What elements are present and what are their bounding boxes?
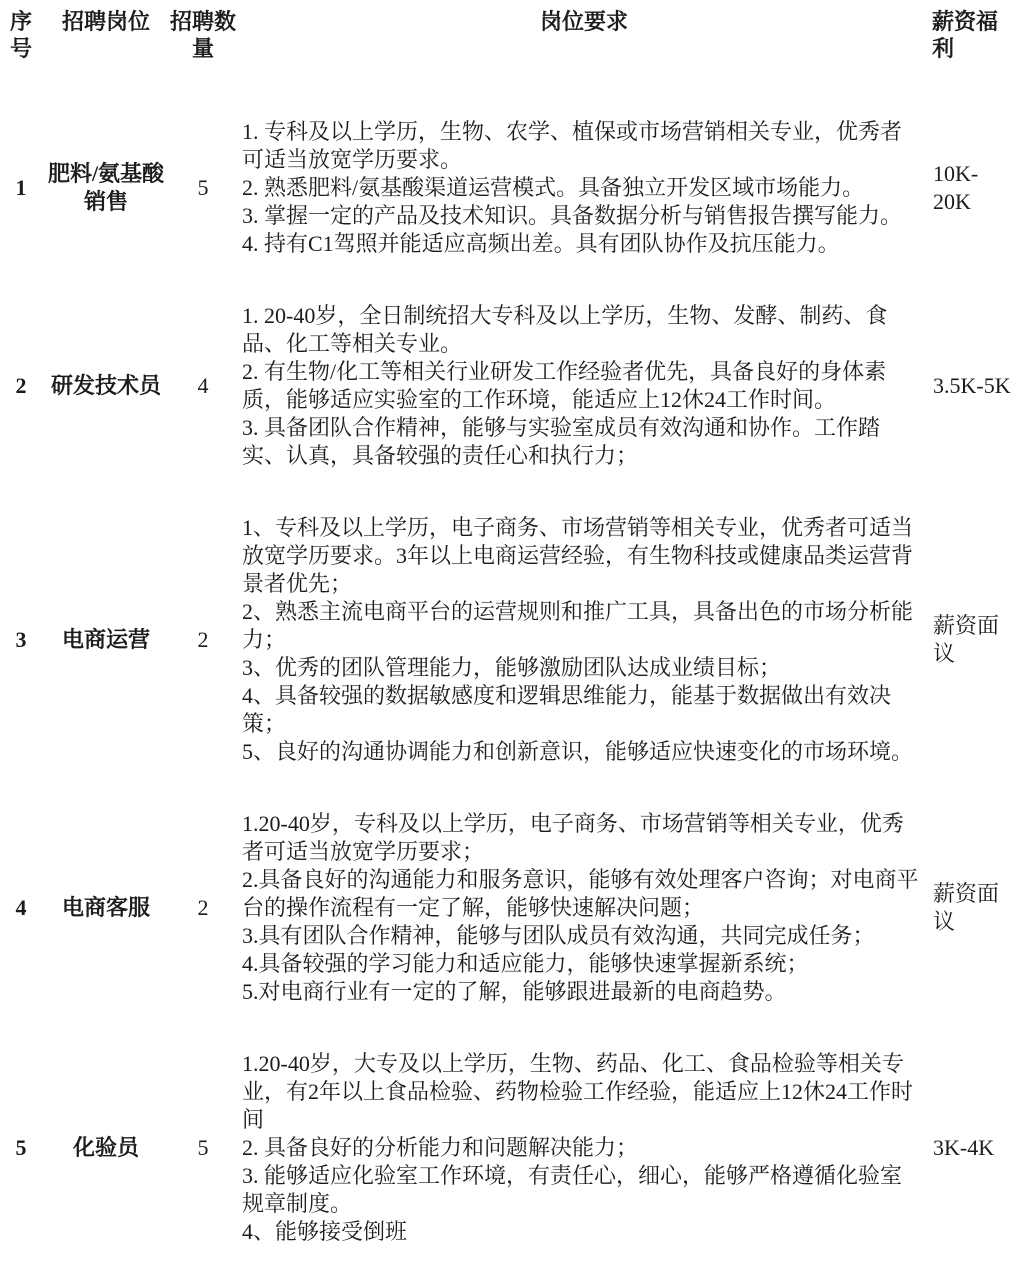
header-requirements: 岗位要求: [236, 0, 932, 96]
requirement-item: 2. 有生物/化工等相关行业研发工作经验者优先，具备良好的身体素质，能够适应实验…: [242, 358, 922, 414]
requirement-item: 1. 专科及以上学历，生物、农学、植保或市场营销相关专业，优秀者可适当放宽学历要…: [242, 118, 922, 174]
table-row: 1 肥料/氨基酸销售 5 1. 专科及以上学历，生物、农学、植保或市场营销相关专…: [0, 96, 1018, 280]
table-body: 1 肥料/氨基酸销售 5 1. 专科及以上学历，生物、农学、植保或市场营销相关专…: [0, 96, 1018, 1268]
requirement-item: 4、具备较强的数据敏感度和逻辑思维能力，能基于数据做出有效决策；: [242, 682, 922, 738]
row-headcount: 2: [170, 492, 236, 788]
requirement-item: 5.对电商行业有一定的了解，能够跟进最新的电商趋势。: [242, 978, 922, 1006]
header-row: 序号 招聘岗位 招聘数量 岗位要求 薪资福利: [0, 0, 1018, 96]
table-row: 2 研发技术员 4 1. 20-40岁，全日制统招大专科及以上学历，生物、发酵、…: [0, 280, 1018, 492]
requirement-item: 2.具备良好的沟通能力和服务意识，能够有效处理客户咨询；对电商平台的操作流程有一…: [242, 866, 922, 922]
requirement-item: 1.20-40岁，专科及以上学历，电子商务、市场营销等相关专业，优秀者可适当放宽…: [242, 810, 922, 866]
row-requirements: 1. 20-40岁，全日制统招大专科及以上学历，生物、发酵、制药、食品、化工等相…: [236, 280, 932, 492]
requirement-item: 3. 具备团队合作精神，能够与实验室成员有效沟通和协作。工作踏实、认真，具备较强…: [242, 414, 922, 470]
row-position-name: 化验员: [42, 1028, 170, 1268]
row-seq-number: 3: [0, 492, 42, 788]
requirement-item: 3. 掌握一定的产品及技术知识。具备数据分析与销售报告撰写能力。: [242, 202, 922, 230]
requirement-item: 3.具有团队合作精神，能够与团队成员有效沟通，共同完成任务；: [242, 922, 922, 950]
requirement-item: 5、良好的沟通协调能力和创新意识，能够适应快速变化的市场环境。: [242, 738, 922, 766]
row-requirements: 1、专科及以上学历，电子商务、市场营销等相关专业，优秀者可适当放宽学历要求。3年…: [236, 492, 932, 788]
row-requirements: 1.20-40岁，专科及以上学历，电子商务、市场营销等相关专业，优秀者可适当放宽…: [236, 788, 932, 1028]
row-position-name: 电商运营: [42, 492, 170, 788]
row-headcount: 5: [170, 1028, 236, 1268]
header-salary: 薪资福利: [932, 0, 1018, 96]
requirement-item: 2. 具备良好的分析能力和问题解决能力；: [242, 1134, 922, 1162]
recruitment-table: 序号 招聘岗位 招聘数量 岗位要求 薪资福利 1 肥料/氨基酸销售 5 1. 专…: [0, 0, 1018, 1268]
table-row: 4 电商客服 2 1.20-40岁，专科及以上学历，电子商务、市场营销等相关专业…: [0, 788, 1018, 1028]
row-seq-number: 4: [0, 788, 42, 1028]
requirement-item: 1、专科及以上学历，电子商务、市场营销等相关专业，优秀者可适当放宽学历要求。3年…: [242, 514, 922, 598]
row-seq-number: 2: [0, 280, 42, 492]
table-row: 5 化验员 5 1.20-40岁，大专及以上学历，生物、药品、化工、食品检验等相…: [0, 1028, 1018, 1268]
row-headcount: 5: [170, 96, 236, 280]
recruitment-document: 序号 招聘岗位 招聘数量 岗位要求 薪资福利 1 肥料/氨基酸销售 5 1. 专…: [0, 0, 1018, 1268]
header-seq-number: 序号: [0, 0, 42, 96]
row-salary: 3K-4K: [932, 1028, 1018, 1268]
header-headcount: 招聘数量: [170, 0, 236, 96]
requirement-item: 1.20-40岁，大专及以上学历，生物、药品、化工、食品检验等相关专业，有2年以…: [242, 1050, 922, 1134]
row-seq-number: 1: [0, 96, 42, 280]
requirement-item: 2. 熟悉肥料/氨基酸渠道运营模式。具备独立开发区域市场能力。: [242, 174, 922, 202]
requirement-item: 1. 20-40岁，全日制统招大专科及以上学历，生物、发酵、制药、食品、化工等相…: [242, 302, 922, 358]
row-salary: 薪资面议: [932, 492, 1018, 788]
row-salary: 10K-20K: [932, 96, 1018, 280]
requirement-item: 3、优秀的团队管理能力，能够激励团队达成业绩目标；: [242, 654, 922, 682]
requirement-item: 4.具备较强的学习能力和适应能力，能够快速掌握新系统；: [242, 950, 922, 978]
requirement-item: 4、能够接受倒班: [242, 1218, 922, 1246]
row-position-name: 电商客服: [42, 788, 170, 1028]
header-position: 招聘岗位: [42, 0, 170, 96]
row-position-name: 研发技术员: [42, 280, 170, 492]
requirement-item: 3. 能够适应化验室工作环境，有责任心，细心，能够严格遵循化验室规章制度。: [242, 1162, 922, 1218]
row-requirements: 1. 专科及以上学历，生物、农学、植保或市场营销相关专业，优秀者可适当放宽学历要…: [236, 96, 932, 280]
requirement-item: 4. 持有C1驾照并能适应高频出差。具有团队协作及抗压能力。: [242, 230, 922, 258]
row-position-name: 肥料/氨基酸销售: [42, 96, 170, 280]
table-row: 3 电商运营 2 1、专科及以上学历，电子商务、市场营销等相关专业，优秀者可适当…: [0, 492, 1018, 788]
row-seq-number: 5: [0, 1028, 42, 1268]
row-headcount: 2: [170, 788, 236, 1028]
requirement-item: 2、熟悉主流电商平台的运营规则和推广工具，具备出色的市场分析能力；: [242, 598, 922, 654]
row-requirements: 1.20-40岁，大专及以上学历，生物、药品、化工、食品检验等相关专业，有2年以…: [236, 1028, 932, 1268]
row-headcount: 4: [170, 280, 236, 492]
row-salary: 薪资面议: [932, 788, 1018, 1028]
row-salary: 3.5K-5K: [932, 280, 1018, 492]
